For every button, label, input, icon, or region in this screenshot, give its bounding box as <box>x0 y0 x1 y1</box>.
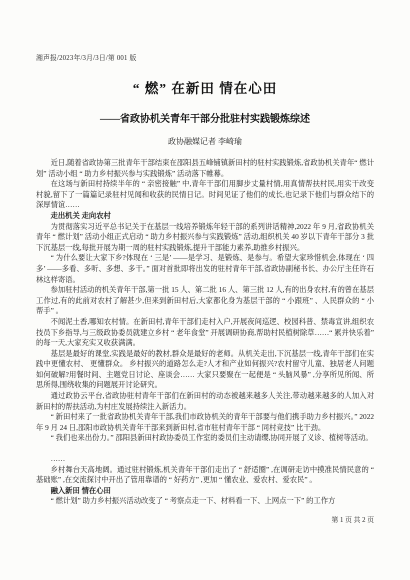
body-paragraph: “ 新田村来了一批省政协机关青年干部,我们市政协机关的青年干部要与他们携手助力乡… <box>36 412 374 433</box>
body-paragraph: “ 为什么要让大家下乡?体现在 ‘ 三是’ ——是学习、是锻炼、是参与。希望大家… <box>36 253 374 285</box>
body-paragraph: 不闻泥土香,哪知农村情。在新田村,青年干部们走村入户,开展夜间巡逻、校园科普、禁… <box>36 317 374 349</box>
body-paragraph: 在这场与新田村持续半年的 “ 亲密接触” 中,青年干部们用脚步丈量村情,用真情帮… <box>36 179 374 211</box>
article-subtitle: ——省政协机关青年干部分批驻村实践锻炼综述 <box>36 110 374 125</box>
body-paragraph: “ 燃计划” 助力乡村振兴活动改变了 “ 考察点走一下、材料看一下、上网点一下”… <box>36 496 374 507</box>
section-heading: 走出机关 走向农村 <box>36 211 374 222</box>
body-paragraph: “ 我们也来出份力。” 邵阳县新田村政协委员工作室的委员们主动请缨,协同开展了义… <box>36 433 374 444</box>
body-paragraph: 通过政协云平台,省政协驻村青年干部们在新田村的动态被越来越多人关注,带动越来越多… <box>36 391 374 412</box>
article-byline: 政协融媒记者 李崎瑜 <box>36 136 374 147</box>
masthead-source-line: 湘声报/2023年/3月/3日/第 001 版 <box>36 52 374 62</box>
ellipsis-line: …… <box>36 454 374 465</box>
body-paragraph: 乡村舞台天高地阔。通过驻村锻炼,机关青年干部们走出了 “ 舒适圈” ,在调研走访… <box>36 465 374 486</box>
section-heading: 融入新田 情在心田 <box>36 486 374 497</box>
body-paragraph: 基层是最好的课堂,实践是最好的教材,群众是最好的老师。从机关走出,下沉基层一线,… <box>36 349 374 391</box>
body-paragraph: 近日,随着省政协第三批青年干部结束在邵阳县五峰铺镇新田村的驻村实践锻炼,省政协机… <box>36 158 374 179</box>
article-title: “ 燃” 在新田 情在心田 <box>36 77 374 97</box>
page-number: 第 1 页 共 2 页 <box>36 514 374 524</box>
body-paragraph: 为贯彻落实习近平总书记关于在基层一线培养锻炼年轻干部的系列讲话精神,2022 年… <box>36 222 374 254</box>
article-body: 近日,随着省政协第三批青年干部结束在邵阳县五峰铺镇新田村的驻村实践锻炼,省政协机… <box>36 158 374 507</box>
body-paragraph: 参加驻村活动的机关青年干部,第一批 15 人、第二批 16 人、第三批 12 人… <box>36 285 374 317</box>
document-page: 湘声报/2023年/3月/3日/第 001 版 “ 燃” 在新田 情在心田 ——… <box>0 0 410 580</box>
